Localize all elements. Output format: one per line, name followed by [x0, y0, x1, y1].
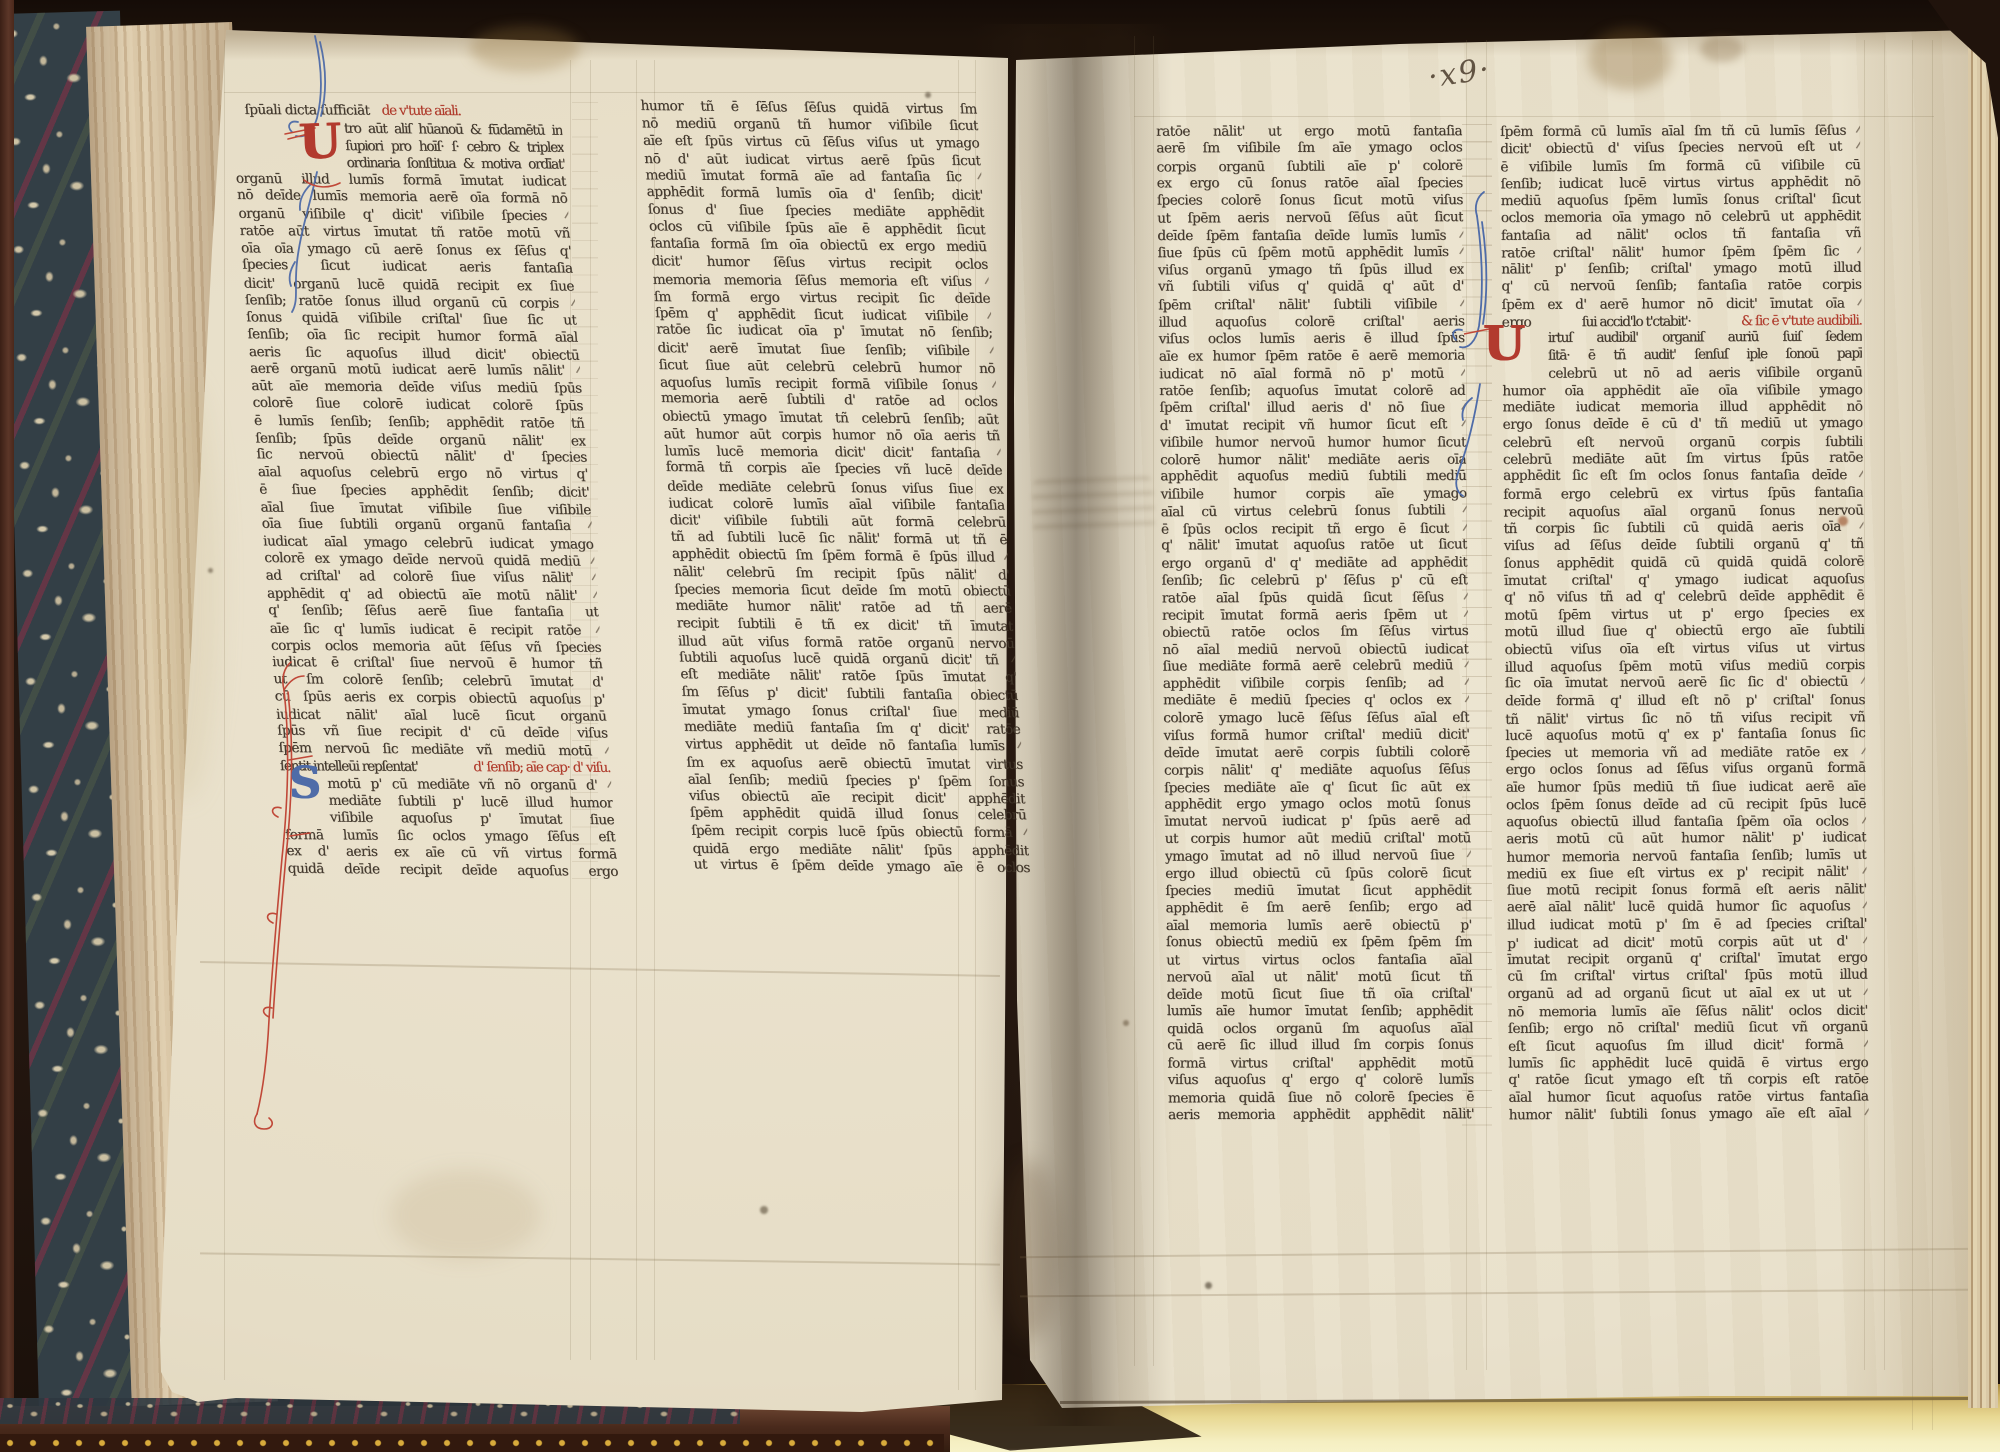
script-word: obiectū [1675, 623, 1723, 641]
script-word: mediāte [798, 841, 851, 859]
script-word: ſēſus [1379, 623, 1411, 640]
script-word: eſt [1756, 882, 1773, 899]
script-word: aūt [1420, 778, 1441, 795]
script-word: ē [1588, 348, 1595, 365]
script-word: ſpēm [791, 857, 825, 875]
script-word: ſenſib; [893, 187, 935, 205]
script-word: colorē [1355, 1089, 1395, 1106]
script-word: nervoū [1296, 641, 1341, 658]
script-line: utvirtusēſpēmdeīdeymagoaīeēoclos [693, 856, 1030, 877]
script-word: criſtal' [1686, 968, 1727, 985]
script-word: nālit' [1278, 296, 1310, 313]
script-word: illud [1833, 260, 1861, 277]
script-line: vñſubtiliviſusq'quidāq'aūtd' [1158, 279, 1464, 297]
script-word: humor [1382, 434, 1425, 451]
script-word: humor [747, 599, 791, 617]
script-word: formā [895, 514, 934, 532]
script-word: obiectū [468, 690, 517, 708]
script-word: ex [1188, 349, 1203, 366]
script-line: ſpūali dicta ſufficiātde v'tute aīali. [230, 102, 562, 121]
script-word: oclos [1674, 226, 1707, 244]
script-word: recipit [889, 256, 932, 274]
script-word: virtus [1632, 968, 1669, 985]
script-word: ut [1165, 831, 1178, 848]
script-word: ut [1157, 211, 1170, 228]
script-word: organū [1218, 158, 1264, 176]
script-line: illudaquoſuscolorēcriſtal'aeris [1158, 313, 1464, 332]
rubric-text: d' ſenſib; aīe cap· d' viſu. [473, 759, 611, 777]
script-line: ratōenālit'utergomotūfantaſia [1156, 123, 1462, 141]
script-word: iudicat [1159, 366, 1203, 383]
script-word: ad [1690, 796, 1706, 813]
script-word: humor [706, 254, 750, 272]
script-word: eſt [674, 133, 692, 150]
script-word: tñ [938, 617, 952, 634]
script-word: aeris [1237, 210, 1269, 227]
script-word: auriū [1728, 329, 1759, 346]
script-word: obiectū [863, 755, 912, 773]
script-word: quidā [1167, 1021, 1203, 1038]
script-word: obiectū [1504, 641, 1552, 659]
script-word: ymago [1628, 1071, 1671, 1088]
script-word: iudicat [737, 323, 782, 341]
script-word: celebrū [861, 410, 911, 428]
script-word: ergo [1354, 521, 1384, 538]
script-word: p' [1315, 572, 1327, 589]
script-word: mediū [978, 705, 1019, 723]
script-word: ſic [1572, 468, 1588, 485]
script-word: ſēſus [364, 603, 397, 620]
script-word: ad [1554, 538, 1570, 555]
script-word: īmutat [1236, 537, 1278, 554]
script-word: nō [236, 187, 253, 204]
script-word: ymago [1281, 796, 1324, 813]
script-word: ſonus [436, 242, 473, 260]
script-word: corpis [1761, 434, 1800, 451]
script-word: fantaſia [1738, 725, 1787, 743]
script-word: viſibile [1781, 157, 1824, 175]
script-word: criſtal' [1384, 831, 1425, 848]
script-word: ſic [397, 827, 414, 844]
script-word: ē [1229, 692, 1237, 709]
script-word: ſpēm [1158, 297, 1191, 314]
script-word: ſenſib; [1508, 1021, 1549, 1038]
script-line: deīdeſpēmfantaſiadeīdelumīslumīs/ [1157, 227, 1463, 245]
script-word: aīal [554, 330, 578, 347]
script-word: ratōe [986, 721, 1021, 739]
script-word: mediū [1501, 193, 1541, 210]
script-word: ſubtili [339, 516, 378, 534]
script-word: corpis [1305, 675, 1345, 692]
script-word: virtus [1231, 1055, 1268, 1072]
script-word: / [1463, 692, 1469, 707]
script-word: ut [1796, 639, 1809, 656]
script-word: organū [907, 635, 954, 653]
script-word: ſic [1823, 243, 1839, 260]
script-word: aerē [860, 152, 890, 169]
script-word: p' [1555, 261, 1567, 278]
script-line: organūviſibileq'dicit'viſibileſpecies/ [238, 205, 570, 225]
script-word: celebrū [977, 807, 1027, 825]
script-line: aīeeſtſpūsvirtuscūſēſusviſusutymago [642, 132, 979, 152]
script-word: memoria [1168, 1090, 1226, 1108]
script-word: celebrū [1251, 572, 1300, 589]
script-word: ſm [1667, 1038, 1684, 1055]
script-word: memoria [1562, 848, 1620, 866]
script-word: oclos [1429, 140, 1462, 157]
script-word: tñ [1719, 1071, 1732, 1088]
script-word: ſic [1239, 1037, 1255, 1054]
script-word: d' [677, 151, 690, 168]
script-word: ex [1708, 864, 1723, 881]
script-word: corpis [787, 823, 828, 841]
script-word: aūt [749, 426, 771, 443]
script-word: eſt [1802, 1071, 1819, 1088]
script-word: ſiue [450, 569, 476, 586]
script-word: ſicut [320, 258, 350, 276]
script-word: organū [733, 116, 780, 134]
script-word: illud [1505, 659, 1533, 676]
script-word: virtus [1767, 1089, 1804, 1106]
script-word: apphēdit [737, 306, 795, 324]
script-line: eſtſicutaquoſusſmilluddicit'formā/ [1508, 1037, 1868, 1057]
script-word: p' [1736, 864, 1748, 881]
script-word: p' [908, 773, 921, 790]
script-word: aīal [1661, 123, 1684, 140]
script-word: ſpecies [1408, 1089, 1454, 1106]
script-word: ſicut [956, 222, 986, 240]
text-column-L2: humortñēſēſusſēſusquidāvirtusſmnōmediūor… [640, 98, 1031, 877]
script-word: virtus [1785, 1054, 1822, 1071]
script-word: iudicat [744, 151, 789, 169]
script-word: ſiue [468, 604, 494, 621]
script-line: iudicatēcriſtal'ſiuenervoūēhumortñ [272, 654, 604, 673]
script-word: ſenſib; [951, 325, 993, 343]
script-word: tñ [430, 224, 445, 241]
script-word: iudicat [1424, 641, 1468, 658]
script-word: ē [253, 412, 262, 429]
script-word: mediāte [411, 742, 464, 760]
script-word: organū [235, 171, 282, 189]
script-word: ē [912, 548, 921, 565]
script-word: motū [1504, 607, 1537, 625]
script-word: nō [885, 427, 902, 444]
script-word: recipit [851, 790, 894, 808]
script-word: formā [804, 634, 843, 652]
script-word: nō [644, 151, 661, 168]
script-line: aīalaquoſuscelebrūergonōvirtusq' [257, 464, 589, 484]
script-word: mediāte [1315, 555, 1367, 572]
script-word: quidā [493, 552, 530, 570]
script-word: lumīs [1616, 123, 1651, 140]
script-word: mediū [1694, 1020, 1734, 1037]
script-line: ſenſib;ſiccelebrūp'ſēſusp'cūeſt [1161, 572, 1467, 590]
script-word: tñ [700, 99, 714, 116]
script-word: aerē [1369, 348, 1398, 365]
script-word: colorē [1824, 554, 1864, 571]
script-word: iudicat [1822, 829, 1866, 846]
script-word: lumīs [342, 827, 378, 844]
script-word: obiectū [1359, 641, 1407, 658]
script-word: iudicat [409, 621, 454, 639]
script-word: oclos [1658, 467, 1691, 484]
script-word: aerē [1312, 658, 1341, 675]
script-word: nō [551, 191, 568, 208]
script-word: ē [1761, 1054, 1769, 1071]
script-word: corpis [519, 295, 560, 313]
script-word: ſpēm [1361, 934, 1394, 951]
script-word: aerē [1156, 141, 1185, 158]
script-word: nālit' [512, 433, 545, 451]
script-word: memoria [324, 379, 383, 397]
script-line: deīdemotūſicutſiuetñoīacriſtal' [1167, 985, 1473, 1003]
script-word: lucē [1665, 1055, 1692, 1072]
script-word: organū [1822, 1019, 1868, 1037]
script-word: aīal [1161, 504, 1184, 521]
script-word: nō [1607, 1020, 1623, 1037]
script-word: ex [1436, 692, 1451, 709]
script-word: formā [831, 376, 870, 394]
script-word: viſibile [1529, 158, 1572, 176]
script-line: memoriamemoriaſēſusmemoriaeſtviſus/ [652, 271, 989, 290]
script-word: cū [1662, 416, 1678, 433]
script-word: apphēdit [1293, 1107, 1350, 1124]
script-word: ſm [795, 565, 813, 582]
script-line: corpisorganūſubtiliaīep'colorē [1156, 157, 1462, 176]
script-word: cū [1745, 157, 1761, 174]
script-word: p' [1460, 917, 1472, 934]
script-word: cū [1237, 175, 1253, 192]
rubric-text: & ſic ē v'tute audibili. [1741, 312, 1862, 330]
script-word: nō [1303, 847, 1319, 864]
script-word: aīe [1159, 349, 1178, 366]
script-word: organū [1753, 536, 1799, 554]
script-word: lumīs [1411, 227, 1446, 244]
script-word: ſicut [1434, 209, 1463, 226]
script-line: nōaīalmediūnervoūobiectūiudicat [1162, 641, 1468, 659]
script-word: obiectū [1392, 917, 1440, 934]
script-line: viſusorganūymagotñſpūsilludex [1158, 261, 1464, 279]
script-word: motū [1789, 967, 1822, 984]
script-word: dicit' [391, 206, 424, 223]
script-word: ſēſus [803, 100, 836, 118]
script-word: humor [1233, 486, 1276, 503]
script-word: apphēdit [1804, 208, 1861, 226]
script-word: aīe [1347, 158, 1366, 175]
script-word: ē [330, 654, 339, 671]
script-word: fūdamētū [487, 122, 544, 140]
script-word: aeris [248, 343, 281, 361]
script-word: dicit' [887, 617, 919, 635]
script-word: ſonus [1597, 761, 1632, 778]
script-word: aīe [1765, 1106, 1784, 1123]
script-word: ergo [588, 864, 619, 882]
script-word: nervoū [1270, 434, 1315, 451]
script-word: iudicat [1534, 935, 1578, 953]
script-word: humor [1218, 452, 1261, 469]
script-word: aquoſus [1214, 1072, 1265, 1089]
script-word: formā [665, 459, 704, 477]
script-word: formā [864, 548, 903, 566]
script-word: ſic [1391, 779, 1407, 796]
script-word: fantaſia [955, 497, 1005, 515]
script-word: lucē [838, 823, 866, 840]
script-word: apphēdit [968, 791, 1026, 809]
script-word: ſm [1353, 1037, 1370, 1054]
script-word: memoria [1539, 1004, 1597, 1022]
script-word: d' [1608, 141, 1620, 158]
script-word: ſonus [1166, 934, 1201, 951]
script-word: viſus [1633, 140, 1663, 157]
script-line: adcriſtal'adcolorēſiueviſusnālit'/ [265, 567, 597, 587]
script-word: organū [457, 517, 504, 535]
script-word: motū [1220, 986, 1254, 1003]
script-word: lumīs [1611, 1003, 1646, 1020]
script-word: īmutat [1186, 418, 1228, 435]
script-line: lucēaquoſusmotūq'exp'fantaſiaſonusſic [1505, 725, 1865, 745]
script-word: aerē [249, 360, 279, 377]
script-word: ſubtili [1192, 279, 1230, 296]
script-word: / [1458, 227, 1464, 242]
script-word: organū [289, 361, 336, 379]
script-word: īmutat [1221, 607, 1263, 624]
script-word: memoria [660, 390, 719, 408]
script-word: virtus [1828, 639, 1865, 657]
script-line: utſpēmaerisnervoūſēſusaūtſicut [1157, 209, 1463, 228]
script-word: iudicat [1282, 813, 1326, 830]
script-word: ſicut [1386, 417, 1415, 434]
script-word: ſubtili [727, 529, 766, 547]
script-word: aūt [663, 426, 685, 443]
script-word: ſpēm [1500, 124, 1533, 141]
script-word: aūt [706, 151, 728, 168]
script-word: eſt [1430, 417, 1447, 434]
script-word: mediū [1506, 866, 1546, 884]
script-word: organū [394, 517, 441, 535]
script-word: īmutat [860, 324, 903, 342]
script-word: ut [804, 737, 818, 754]
script-word: aīal [1749, 985, 1772, 1002]
script-word: viſus [1741, 709, 1771, 726]
script-word: eſt [1798, 1106, 1815, 1123]
script-word: ſm [1266, 900, 1283, 917]
script-word: colorē [1430, 744, 1470, 761]
script-word: q' [1504, 589, 1516, 606]
script-word: deīde [830, 737, 867, 754]
script-word: nālit' [541, 569, 574, 586]
script-word: corpis [416, 689, 457, 707]
script-word: virtus [985, 756, 1023, 773]
script-word: aeris [458, 259, 491, 277]
script-word: formā [759, 168, 798, 185]
script-word: aīal [848, 496, 872, 513]
script-word: deīde [1641, 537, 1677, 554]
script-word: aerē [1411, 813, 1440, 830]
script-word: celebrū [1288, 503, 1337, 521]
script-word: ſm [1203, 140, 1220, 157]
script-word: formā [1280, 607, 1318, 624]
script-word: recipit [1595, 882, 1637, 899]
script-word: lucē [716, 444, 744, 461]
script-word: virtus [1262, 952, 1299, 969]
script-word: nālit' [1817, 863, 1849, 881]
script-word: ymago [886, 859, 930, 877]
script-word: dicit' [1726, 295, 1757, 312]
script-word: tñ [670, 529, 684, 546]
script-line: lumīsaīehumorīmutatſenſib;apphēdit [1167, 1003, 1473, 1020]
script-word: criſtal' [421, 311, 463, 329]
script-word: aerē [708, 340, 738, 358]
script-word: iudicat [1576, 399, 1620, 416]
script-word: colorē [392, 568, 433, 586]
script-word: illud [1209, 865, 1237, 882]
script-word: ſenſib; [330, 413, 372, 431]
script-word: celebrū [1721, 209, 1770, 227]
script-word: ſpecies [1165, 883, 1210, 900]
script-word: dicit' [1836, 1002, 1867, 1019]
script-word: ſēſus [773, 255, 806, 273]
script-word: eſt [1627, 865, 1644, 882]
script-word: cū [1167, 1038, 1183, 1055]
script-word: viſus [902, 480, 934, 498]
script-word: nō [1714, 693, 1730, 710]
script-line: organūadadorganūſicututaīalexutut/ [1508, 984, 1868, 1002]
script-word: illud [1632, 814, 1660, 831]
script-line: nālit'p'ſenſib;criſtal'ymagomotūillud [1501, 260, 1861, 279]
script-word: aīe [461, 587, 481, 604]
script-word: d' [1690, 416, 1702, 433]
script-word: deīde [1314, 227, 1350, 244]
script-word: oclos [1339, 796, 1372, 813]
script-word: viſibile [1757, 382, 1800, 399]
script-word: oīa [1612, 210, 1631, 227]
ruling-line-vertical [1912, 40, 1913, 1430]
script-word: ut [1268, 123, 1281, 140]
script-word: viſibile [1160, 487, 1203, 504]
script-word: aliſ [393, 121, 411, 138]
script-word: ſpēm [655, 305, 689, 323]
script-word: aūt [444, 639, 466, 656]
script-word: tñ [1714, 416, 1727, 433]
script-word: cū [274, 688, 291, 705]
script-line: apphēditergoymagooclosmotūſonus [1164, 795, 1470, 813]
script-word: ſm [1298, 140, 1315, 157]
script-line: ſiueſpūscūſpēmmotūapphēditlumīs/ [1157, 244, 1463, 263]
script-word: ratōe [875, 393, 910, 411]
script-word: illud [1269, 1037, 1297, 1054]
script-word: recipit [1162, 607, 1204, 624]
script-word: illud [1332, 847, 1360, 864]
script-word: humor [1502, 383, 1545, 400]
script-word: celebrū [1678, 588, 1727, 606]
script-word: oīa [913, 427, 933, 444]
script-word: aūt [1645, 451, 1666, 468]
script-word: ſenſib; [1636, 278, 1677, 295]
script-word: ſpecies [1784, 605, 1829, 623]
script-word: apphēdit [1165, 900, 1222, 918]
script-word: mediū [1308, 468, 1348, 485]
script-word: fantaſia [514, 604, 564, 622]
script-word: nō [1508, 1004, 1524, 1021]
script-word: oīa [240, 240, 260, 257]
script-word: mediū [504, 743, 546, 761]
script-word: ſpecies [501, 207, 548, 225]
script-word: ſubtili [1368, 468, 1406, 485]
text-column-R2: ſpēmformācūlumīsaīalſmtñcūlumīsſēſus/dic… [1500, 122, 1869, 1124]
script-word: ad [366, 586, 383, 603]
script-word: / [1862, 1037, 1868, 1052]
script-word: ad [265, 567, 282, 584]
